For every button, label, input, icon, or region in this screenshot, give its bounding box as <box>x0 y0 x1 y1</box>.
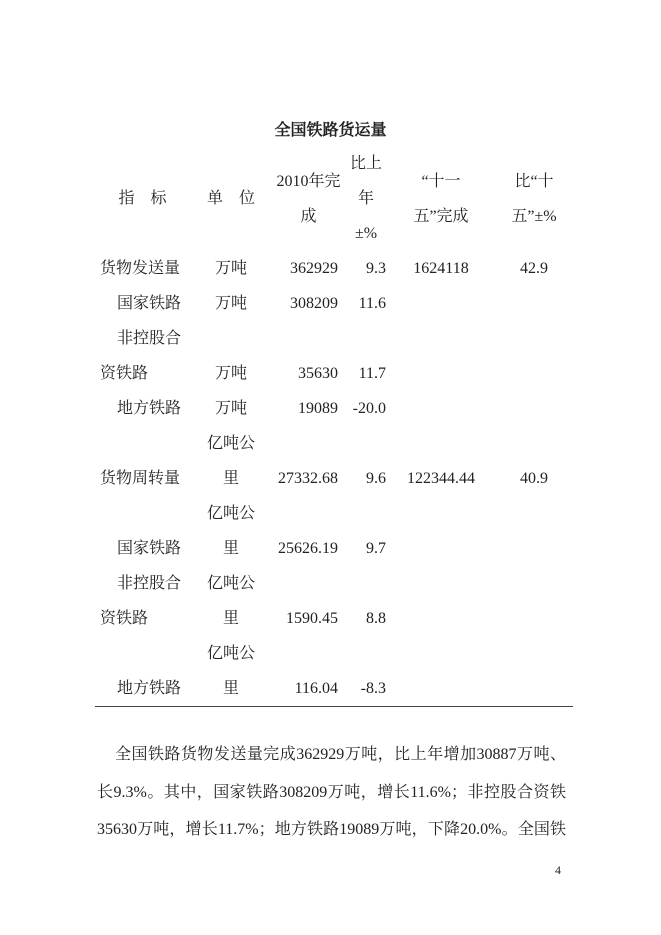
cell-unit: 万吨 <box>190 251 272 286</box>
paragraph-line: 长9.3%。其中，国家铁路308209万吨，增长11.6%；非控股合资铁路 <box>97 774 566 812</box>
body-paragraph: 全国铁路货物发送量完成362929万吨，比上年增加30887万吨、增 长9.3%… <box>97 736 566 849</box>
table-title: 全国铁路货运量 <box>0 121 661 141</box>
cell-vs-10th-percent: 42.9 <box>495 251 573 286</box>
freight-volume-table: 指 标 单 位 2010年完 成 比上 年 ±% “十一 五”完成 比“十 五”… <box>95 146 573 707</box>
cell-indicator: 非控股合 资铁路 <box>95 321 190 391</box>
cell-vs-10th-percent <box>495 391 573 426</box>
cell-yoy-percent: 11.6 <box>345 286 387 321</box>
cell-unit: 万吨 <box>190 286 272 321</box>
col-header-11th-fiveyear-completed: “十一 五”完成 <box>387 146 495 251</box>
cell-yoy-percent: 9.7 <box>345 496 387 566</box>
table-row-local-railway-turnover: 地方铁路 亿吨公 里 116.04 -8.3 <box>95 636 573 707</box>
cell-unit: 亿吨公 里 <box>190 496 272 566</box>
cell-2010-completed: 1590.45 <box>272 566 345 636</box>
cell-unit: 亿吨公 里 <box>190 566 272 636</box>
cell-11th-fiveyear <box>387 391 495 426</box>
cell-yoy-percent: 11.7 <box>345 321 387 391</box>
cell-indicator: 国家铁路 <box>95 496 190 566</box>
cell-yoy-percent: 8.8 <box>345 566 387 636</box>
cell-vs-10th-percent <box>495 321 573 391</box>
cell-2010-completed: 116.04 <box>272 636 345 707</box>
cell-2010-completed: 19089 <box>272 391 345 426</box>
page-number: 4 <box>548 862 568 878</box>
table-header-row: 指 标 单 位 2010年完 成 比上 年 ±% “十一 五”完成 比“十 五”… <box>95 146 573 251</box>
cell-unit: 亿吨公 里 <box>190 636 272 707</box>
cell-11th-fiveyear: 122344.44 <box>387 426 495 496</box>
col-header-indicator: 指 标 <box>95 146 190 251</box>
cell-2010-completed: 308209 <box>272 286 345 321</box>
cell-11th-fiveyear <box>387 286 495 321</box>
cell-vs-10th-percent <box>495 566 573 636</box>
cell-2010-completed: 25626.19 <box>272 496 345 566</box>
cell-2010-completed: 362929 <box>272 251 345 286</box>
col-header-2010-completed: 2010年完 成 <box>272 146 345 251</box>
cell-2010-completed: 35630 <box>272 321 345 391</box>
table-row-local-railway-tons: 地方铁路 万吨 19089 -20.0 <box>95 391 573 426</box>
table-row-freight-dispatch: 货物发送量 万吨 362929 9.3 1624118 42.9 <box>95 251 573 286</box>
cell-yoy-percent: 9.6 <box>345 426 387 496</box>
cell-indicator: 非控股合 资铁路 <box>95 566 190 636</box>
cell-yoy-percent: -20.0 <box>345 391 387 426</box>
paragraph-line: 全国铁路货物发送量完成362929万吨，比上年增加30887万吨、增 <box>97 736 566 774</box>
document-page: 全国铁路货运量 指 标 单 位 2010年完 成 比上 年 ±% “十一 五”完… <box>0 0 661 935</box>
table-row-freight-turnover: 货物周转量 亿吨公 里 27332.68 9.6 122344.44 40.9 <box>95 426 573 496</box>
cell-vs-10th-percent <box>495 496 573 566</box>
cell-indicator: 国家铁路 <box>95 286 190 321</box>
cell-vs-10th-percent <box>495 636 573 707</box>
cell-11th-fiveyear <box>387 496 495 566</box>
cell-unit: 亿吨公 里 <box>190 426 272 496</box>
cell-11th-fiveyear <box>387 566 495 636</box>
table-row-joint-venture-turnover: 非控股合 资铁路 亿吨公 里 1590.45 8.8 <box>95 566 573 636</box>
cell-2010-completed: 27332.68 <box>272 426 345 496</box>
cell-vs-10th-percent: 40.9 <box>495 426 573 496</box>
cell-indicator: 货物发送量 <box>95 251 190 286</box>
cell-yoy-percent: 9.3 <box>345 251 387 286</box>
cell-vs-10th-percent <box>495 286 573 321</box>
col-header-vs-10th-fiveyear-percent: 比“十 五”±% <box>495 146 573 251</box>
table-row-national-railway-turnover: 国家铁路 亿吨公 里 25626.19 9.7 <box>95 496 573 566</box>
paragraph-line: 35630万吨，增长11.7%；地方铁路19089万吨，下降20.0%。全国铁路 <box>97 811 566 849</box>
table-row-joint-venture-tons: 非控股合 资铁路 万吨 35630 11.7 <box>95 321 573 391</box>
cell-11th-fiveyear: 1624118 <box>387 251 495 286</box>
cell-unit: 万吨 <box>190 391 272 426</box>
col-header-unit: 单 位 <box>190 146 272 251</box>
cell-yoy-percent: -8.3 <box>345 636 387 707</box>
table-row-national-railway-tons: 国家铁路 万吨 308209 11.6 <box>95 286 573 321</box>
cell-indicator: 货物周转量 <box>95 426 190 496</box>
cell-unit: 万吨 <box>190 321 272 391</box>
col-header-yoy-percent: 比上 年 ±% <box>345 146 387 251</box>
cell-11th-fiveyear <box>387 321 495 391</box>
cell-indicator: 地方铁路 <box>95 391 190 426</box>
cell-indicator: 地方铁路 <box>95 636 190 707</box>
cell-11th-fiveyear <box>387 636 495 707</box>
